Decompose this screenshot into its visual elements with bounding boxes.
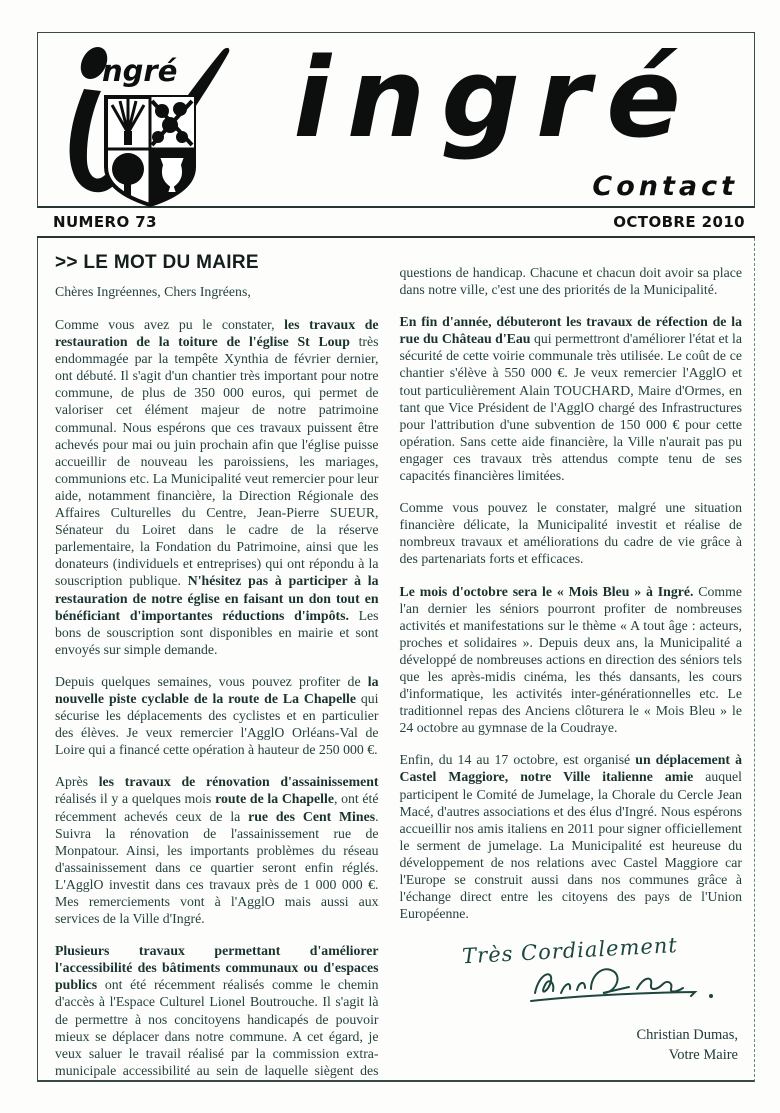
town-logo: ngré	[42, 41, 242, 209]
paragraph: Comme vous avez pu le constater, les tra…	[55, 316, 379, 658]
paragraph: Le mois d'octobre sera le « Mois Bleu » …	[400, 583, 742, 737]
article-heading: >> LE MOT DU MAIRE	[55, 252, 379, 274]
signature-name: Christian Dumas,	[400, 1025, 738, 1045]
paragraph: Enfin, du 14 au 17 octobre, est organisé…	[400, 751, 742, 922]
masthead-subtitle: Contact	[592, 171, 738, 202]
paragraph: Plusieurs travaux permettant d'améliorer…	[55, 942, 379, 1082]
article-body: >> LE MOT DU MAIRE Chères Ingréennes, Ch…	[37, 238, 755, 1082]
masthead-title: ingré	[248, 41, 742, 157]
signature-typed: Christian Dumas, Votre Maire	[400, 1025, 742, 1065]
ingre-coat-of-arms-icon: ngré	[42, 41, 242, 209]
right-paragraphs: questions de handicap. Chacune et chacun…	[400, 264, 742, 922]
signature-scrawl-icon	[525, 963, 725, 1011]
paragraph: Après les travaux de rénovation d'assain…	[55, 773, 379, 927]
right-column: questions de handicap. Chacune et chacun…	[400, 248, 742, 1080]
paragraph: questions de handicap. Chacune et chacun…	[400, 264, 742, 298]
svg-text:ngré: ngré	[102, 54, 177, 88]
paragraph: En fin d'année, débuteront les travaux d…	[400, 313, 742, 484]
closing-block: Très Cordialement Christian Dumas, Votre…	[400, 937, 742, 1065]
issue-bar: NUMERO 73 OCTOBRE 2010	[37, 208, 755, 238]
masthead: ngré	[37, 32, 755, 208]
paragraph: Comme vous pouvez le constater, malgré u…	[400, 499, 742, 567]
salutation: Chères Ingréennes, Chers Ingréens,	[55, 284, 379, 300]
issue-number: NUMERO 73	[53, 213, 157, 231]
left-paragraphs: Comme vous avez pu le constater, les tra…	[55, 316, 379, 1082]
signature-title: Votre Maire	[400, 1045, 738, 1065]
left-column: >> LE MOT DU MAIRE Chères Ingréennes, Ch…	[55, 248, 379, 1080]
issue-date: OCTOBRE 2010	[613, 213, 745, 231]
newsletter-page: ngré	[0, 0, 780, 1113]
paragraph: Depuis quelques semaines, vous pouvez pr…	[55, 673, 379, 758]
